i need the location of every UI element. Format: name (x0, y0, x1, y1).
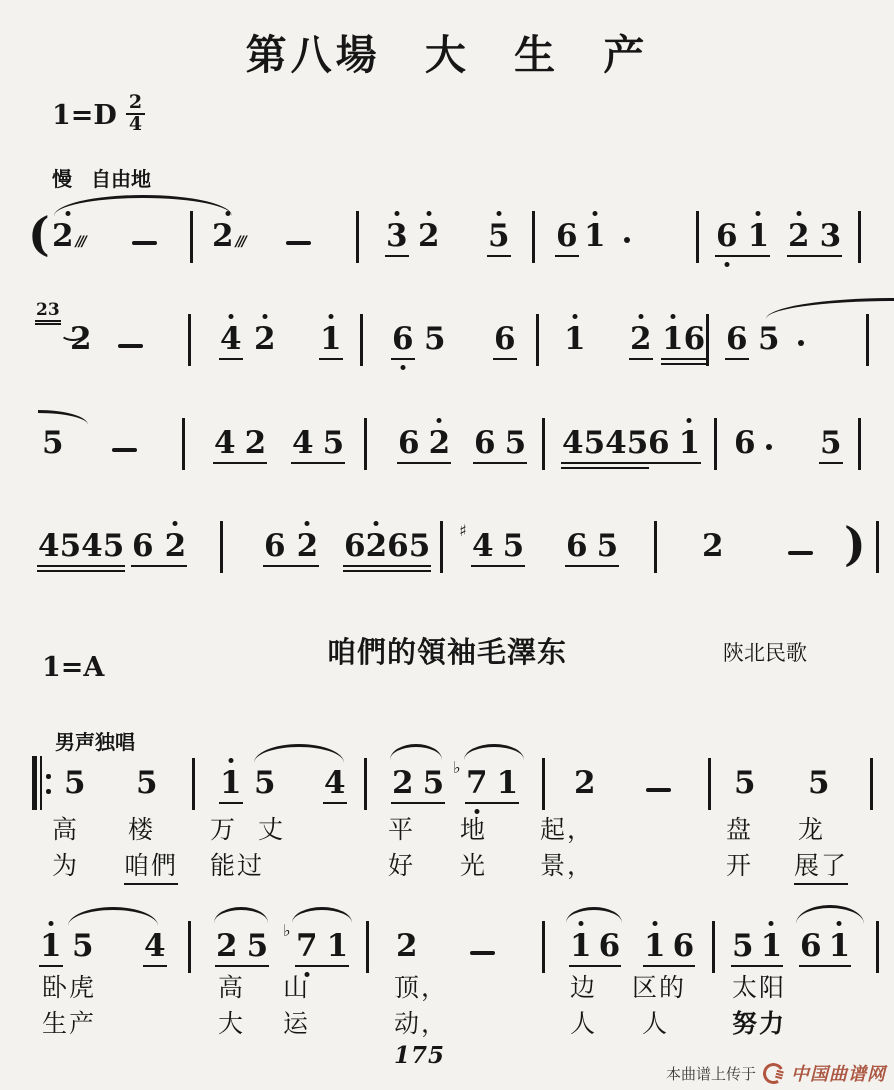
note-digit: 6 (392, 324, 414, 355)
note-digit: 2 (245, 428, 267, 459)
octave-dot-high (769, 921, 774, 926)
note-group: 1 (40, 931, 62, 962)
octave-dot-high (228, 314, 233, 319)
note-digit: 5 (423, 768, 445, 799)
octave-dot-high (228, 758, 233, 763)
beam-line (643, 965, 695, 968)
barline (364, 758, 367, 810)
scene-title: 第八場 大 生 产 (0, 22, 894, 81)
octave-dot-high (638, 314, 643, 319)
qupu-logo-icon (761, 1060, 787, 1086)
note-digit: 1 (497, 768, 519, 799)
lyric-syllable: 动， (394, 1004, 448, 1040)
note-digit: 2 (165, 531, 187, 562)
beam-line (819, 462, 843, 465)
slur-arc (254, 744, 344, 763)
meter-numerator: 2 (126, 93, 145, 115)
note-digit: 6 (344, 531, 366, 562)
music-line: 232421656121665 (0, 298, 894, 394)
note-digit: 5 (503, 531, 525, 562)
octave-dot-low (724, 262, 729, 267)
beam-line (391, 802, 445, 805)
note-digit: 1 (584, 221, 606, 252)
note-digit: 6 (726, 324, 748, 355)
note-group: 65 (566, 531, 618, 562)
beam-line (213, 462, 267, 465)
note-digit: 3 (820, 221, 842, 252)
grace-notes: 23 (36, 302, 60, 319)
note-digit: 5 (627, 428, 649, 459)
beam-line (35, 320, 61, 322)
lyric-syllable: 万 (210, 810, 237, 846)
lyric-syllable: 区的 (632, 968, 686, 1004)
lyric-syllable: 生产 (42, 1004, 96, 1040)
slur-arc (292, 907, 352, 923)
note-digit: 1 (748, 221, 770, 252)
note-group: 4 (220, 324, 242, 355)
note-digit: 6 (264, 531, 286, 562)
lyric-row: 为咱們能过好光景，开展了 (0, 846, 894, 882)
octave-dot-low (400, 365, 405, 370)
tremolo-mark: /// (76, 234, 85, 250)
barline (364, 418, 367, 470)
note-digit: 2 (418, 221, 440, 252)
note-digit: 1 (327, 931, 349, 962)
barline (532, 211, 535, 263)
barline (440, 521, 443, 573)
note-digit: 5 (323, 428, 345, 459)
beam-line (343, 565, 431, 568)
note-group: 23 (788, 221, 841, 252)
note-digit: 4 (81, 531, 103, 562)
note-digit: ♭7 (466, 768, 488, 799)
note-group: 25 (392, 768, 444, 799)
barline (654, 521, 657, 573)
note-group: 6 (734, 428, 756, 459)
note-digit: 6 (734, 428, 756, 459)
slur-arc (68, 907, 158, 926)
note-group: 5 (808, 768, 830, 799)
note-digit: 2/// (212, 221, 245, 252)
lyric-syllable: 丈 (258, 810, 285, 846)
augmentation-dot (766, 444, 772, 450)
barline (858, 418, 861, 470)
note-digit: 1 (320, 324, 342, 355)
barline (696, 211, 699, 263)
lyric-syllable: 高 (52, 810, 79, 846)
note-digit: 6 (494, 324, 516, 355)
slur-arc (766, 298, 894, 319)
note-digit: 4 (562, 428, 584, 459)
dash-note (118, 344, 143, 348)
note-group: 16 (662, 324, 705, 355)
barline (870, 758, 873, 810)
barline (708, 758, 711, 810)
watermark-site-name: 中国曲谱网 (791, 1060, 886, 1086)
lyric-syllable: 展了 (794, 846, 848, 885)
lyric-syllable: 开 (726, 846, 753, 882)
note-group: 6265 (344, 531, 430, 562)
slur-arc (566, 907, 622, 923)
slur-arc (390, 744, 442, 760)
note-digit: 3 (386, 221, 408, 252)
dash-note (470, 951, 495, 955)
note-digit: 5 (734, 768, 756, 799)
note-digit: 5 (409, 531, 431, 562)
lyric-syllable: 运 (283, 1004, 310, 1040)
note-digit: 5 (64, 768, 86, 799)
octave-dot-high (437, 418, 442, 423)
note-digit: 1 (761, 931, 783, 962)
note-group: 62 (132, 531, 186, 562)
barline (714, 418, 717, 470)
note-digit: 5 (488, 221, 510, 252)
dash-note (646, 788, 671, 792)
octave-dot-high (426, 211, 431, 216)
lyric-syllable: 平 (388, 810, 415, 846)
lyric-syllable: 好 (388, 846, 415, 882)
note-digit: 1 (662, 324, 684, 355)
note-group: 4 (144, 931, 166, 962)
beam-line (715, 255, 770, 258)
note-digit: 5 (584, 428, 606, 459)
accidental: ♭ (453, 760, 461, 776)
note-digit: 5 (254, 768, 276, 799)
slur-arc (54, 195, 232, 216)
octave-dot-high (572, 314, 577, 319)
note-digit: 6 (474, 428, 496, 459)
note-digit: 1 (644, 931, 666, 962)
slur-arc (38, 410, 88, 425)
lyric-row: 卧虎高山顶，边区的太阳 (0, 968, 894, 1004)
note-group: 6 (726, 324, 748, 355)
note-digit: 2 (366, 531, 388, 562)
note-digit: 2 (216, 931, 238, 962)
lyric-syllable: 太阳 (732, 968, 786, 1004)
note-digit: 4 (605, 428, 627, 459)
lyric-syllable: 顶， (394, 968, 448, 1004)
page-number: 175 (394, 1042, 445, 1069)
octave-dot-high (796, 211, 801, 216)
octave-dot-high (328, 314, 333, 319)
beam-line (661, 363, 706, 366)
note-digit: 5 (60, 531, 82, 562)
note-group: 62 (398, 428, 450, 459)
augmentation-dot (798, 340, 804, 346)
note-group: 16 (644, 931, 694, 962)
note-digit: 6 (132, 531, 154, 562)
music-line: 454562626265♯45652) (0, 505, 894, 601)
note-digit: 5 (136, 768, 158, 799)
beam-line (487, 255, 511, 258)
octave-dot-high (670, 314, 675, 319)
octave-dot-high (496, 211, 501, 216)
beam-line (323, 802, 347, 805)
note-group: 42 (214, 428, 266, 459)
beam-line (131, 565, 187, 568)
note-digit: ♭7 (296, 931, 318, 962)
note-group: 61 (800, 931, 850, 962)
note-digit: 1 (40, 931, 62, 962)
note-group: 2 (418, 221, 440, 252)
octave-dot-high (374, 521, 379, 526)
barline (356, 211, 359, 263)
beam-line (471, 565, 525, 568)
beam-line (385, 255, 409, 258)
note-digit: 5 (505, 428, 527, 459)
lyric-syllable: 起， (540, 810, 594, 846)
watermark: 本曲谱上传于 中国曲谱网 (666, 1060, 886, 1086)
lyric-syllable: 龙 (798, 810, 825, 846)
barline (858, 211, 861, 263)
note-group: 2 (574, 768, 596, 799)
key-signature: 1=D 2 4 (52, 100, 145, 142)
lyric-syllable: 大 (218, 1004, 245, 1040)
barline (188, 921, 191, 973)
note-group: 5 (820, 428, 842, 459)
note-digit: 5 (424, 324, 446, 355)
sheet-music-page: 第八場 大 生 产 1=D 2 4 慢 自由地 1=A 咱們的領袖毛澤东 陝北民… (0, 0, 894, 1090)
beam-line (37, 565, 125, 568)
note-group: 25 (216, 931, 268, 962)
note-digit: 6 (800, 931, 822, 962)
note-digit: 2 (396, 931, 418, 962)
note-group: 6 (392, 324, 414, 355)
beam-line (295, 965, 349, 968)
beam-line (219, 358, 243, 361)
octave-dot-high (687, 418, 692, 423)
note-digit: 5 (808, 768, 830, 799)
lyric-syllable: 努力 (732, 1004, 786, 1040)
beam-line (473, 462, 527, 465)
beam-line (215, 965, 269, 968)
beam-line (219, 802, 243, 805)
barline (542, 921, 545, 973)
note-group: 2 (396, 931, 418, 962)
note-digit: 5 (72, 931, 94, 962)
octave-dot-high (652, 921, 657, 926)
note-digit: 5 (42, 428, 64, 459)
note-group: 5 (734, 768, 756, 799)
watermark-prefix: 本曲谱上传于 (666, 1063, 756, 1084)
lyric-syllable: 卧虎 (42, 968, 96, 1004)
note-digit: 3 (48, 302, 60, 319)
note-group: 1 (320, 324, 342, 355)
note-group: 5 (72, 931, 94, 962)
note-digit: 2 (297, 531, 319, 562)
barline (876, 521, 879, 573)
lyric-syllable: 人 (570, 1004, 597, 1040)
note-group: 2 (702, 531, 724, 562)
note-digit: 5 (820, 428, 842, 459)
note-group: 5 (488, 221, 510, 252)
note-group: ♭71 (466, 768, 518, 799)
octave-dot-high (173, 521, 178, 526)
octave-dot-high (262, 314, 267, 319)
note-group: 5 (758, 324, 780, 355)
barline (182, 418, 185, 470)
note-group: ♭71 (296, 931, 348, 962)
note-digit: 5 (758, 324, 780, 355)
beam-line (561, 467, 649, 470)
note-digit: 4 (144, 931, 166, 962)
lyric-syllable: 楼 (128, 810, 155, 846)
lyric-syllable: 边 (570, 968, 597, 1004)
beam-line (725, 358, 749, 361)
slur-arc (214, 907, 268, 923)
tremolo-mark: /// (236, 234, 245, 250)
music-line: 54245626545456165 (0, 402, 894, 498)
note-group: 1 (220, 768, 242, 799)
note-group: 6 (556, 221, 578, 252)
barline (712, 921, 715, 973)
song-credit: 陝北民歌 (723, 637, 807, 667)
note-group: 2/// (212, 221, 245, 252)
beam-line (555, 255, 579, 258)
note-digit: 6 (673, 931, 695, 962)
beam-line (561, 462, 649, 465)
note-digit: 4 (220, 324, 242, 355)
beam-line (629, 358, 653, 361)
beam-line (647, 462, 701, 465)
note-group: 5 (42, 428, 64, 459)
music-line: (2///2///325616123 (0, 195, 894, 291)
beam-line (493, 358, 517, 361)
lyric-syllable: 高 (218, 968, 245, 1004)
note-digit: 2 (788, 221, 810, 252)
note-group: 6 (494, 324, 516, 355)
note-digit: 1 (564, 324, 586, 355)
note-digit: 1 (220, 768, 242, 799)
lyric-syllable: 山 (283, 968, 310, 1004)
augmentation-dot (624, 237, 630, 243)
note-group: 65 (474, 428, 526, 459)
note-digit: 4 (324, 768, 346, 799)
barline (190, 211, 193, 263)
note-digit: 6 (716, 221, 738, 252)
barline (542, 758, 545, 810)
octave-dot-high (48, 921, 53, 926)
slur-arc (464, 744, 524, 760)
parenthesis: ) (844, 521, 866, 567)
note-group: 2/// (52, 221, 85, 252)
slur-arc (796, 905, 864, 924)
note-group: 2 (630, 324, 652, 355)
note-group: 5 (254, 768, 276, 799)
note-group: 45 (292, 428, 344, 459)
beam-line (35, 323, 61, 325)
dash-note (788, 551, 813, 555)
lyric-syllable: 为 (52, 846, 79, 882)
note-digit: 2/// (52, 221, 85, 252)
lyric-row: 生产大运动，人人努力 (0, 1004, 894, 1040)
barline (192, 758, 195, 810)
barline (706, 314, 709, 366)
dash-note (286, 241, 311, 245)
beam-line (661, 358, 706, 361)
lyric-syllable: 光 (460, 846, 487, 882)
note-digit: 2 (429, 428, 451, 459)
barline (536, 314, 539, 366)
note-group: 2 (70, 324, 92, 355)
lyric-syllable: 咱們 (124, 846, 178, 885)
note-group: 61 (716, 221, 769, 252)
note-digit: 2 (70, 324, 92, 355)
octave-dot-high (305, 521, 310, 526)
note-digit: 4 (292, 428, 314, 459)
note-group: 3 (386, 221, 408, 252)
note-group: 5 (424, 324, 446, 355)
note-digit: 2 (630, 324, 652, 355)
octave-dot-high (756, 211, 761, 216)
accidental: ♯ (459, 523, 467, 539)
lyric-row: 高楼万丈平地起，盘龙 (0, 810, 894, 846)
note-group: 4 (324, 768, 346, 799)
note-group: 51 (732, 931, 782, 962)
note-digit: 6 (648, 428, 670, 459)
barline (876, 921, 879, 973)
note-digit: 6 (398, 428, 420, 459)
note-group: 2 (254, 324, 276, 355)
beam-line (799, 965, 851, 968)
dash-note (132, 241, 157, 245)
note-group: 16 (570, 931, 620, 962)
beam-line (569, 965, 621, 968)
note-digit: 5 (103, 531, 125, 562)
tempo-marking: 慢 自由地 (52, 163, 151, 192)
beam-line (731, 965, 783, 968)
note-digit: 2 (392, 768, 414, 799)
note-digit: 2 (36, 302, 48, 319)
note-digit: 1 (829, 931, 851, 962)
note-digit: 4 (38, 531, 60, 562)
note-digit: 2 (702, 531, 724, 562)
note-digit: 4 (214, 428, 236, 459)
lyric-syllable: 地 (460, 810, 487, 846)
note-group: ♯45 (472, 531, 524, 562)
note-group: 61 (648, 428, 700, 459)
accidental: ♭ (283, 923, 291, 939)
barline (220, 521, 223, 573)
note-group: 4545 (38, 531, 124, 562)
beam-line (465, 802, 519, 805)
note-digit: ♯4 (472, 531, 494, 562)
lyric-syllable: 能过 (210, 846, 264, 882)
note-digit: 5 (247, 931, 269, 962)
octave-dot-high (592, 211, 597, 216)
note-group: 1 (564, 324, 586, 355)
beam-line (37, 570, 125, 573)
barline (542, 418, 545, 470)
note-group: 5 (136, 768, 158, 799)
beam-line (565, 565, 619, 568)
note-digit: 6 (599, 931, 621, 962)
note-digit: 6 (684, 324, 706, 355)
note-digit: 6 (566, 531, 588, 562)
barline (366, 921, 369, 973)
barline (866, 314, 869, 366)
beam-line (143, 965, 167, 968)
parenthesis: ( (28, 211, 50, 257)
barline (360, 314, 363, 366)
dash-note (112, 448, 137, 452)
note-digit: 6 (387, 531, 409, 562)
lyric-syllable: 盘 (726, 810, 753, 846)
note-digit: 2 (574, 768, 596, 799)
meter-denominator: 4 (126, 115, 145, 135)
barline (188, 314, 191, 366)
beam-line (319, 358, 343, 361)
